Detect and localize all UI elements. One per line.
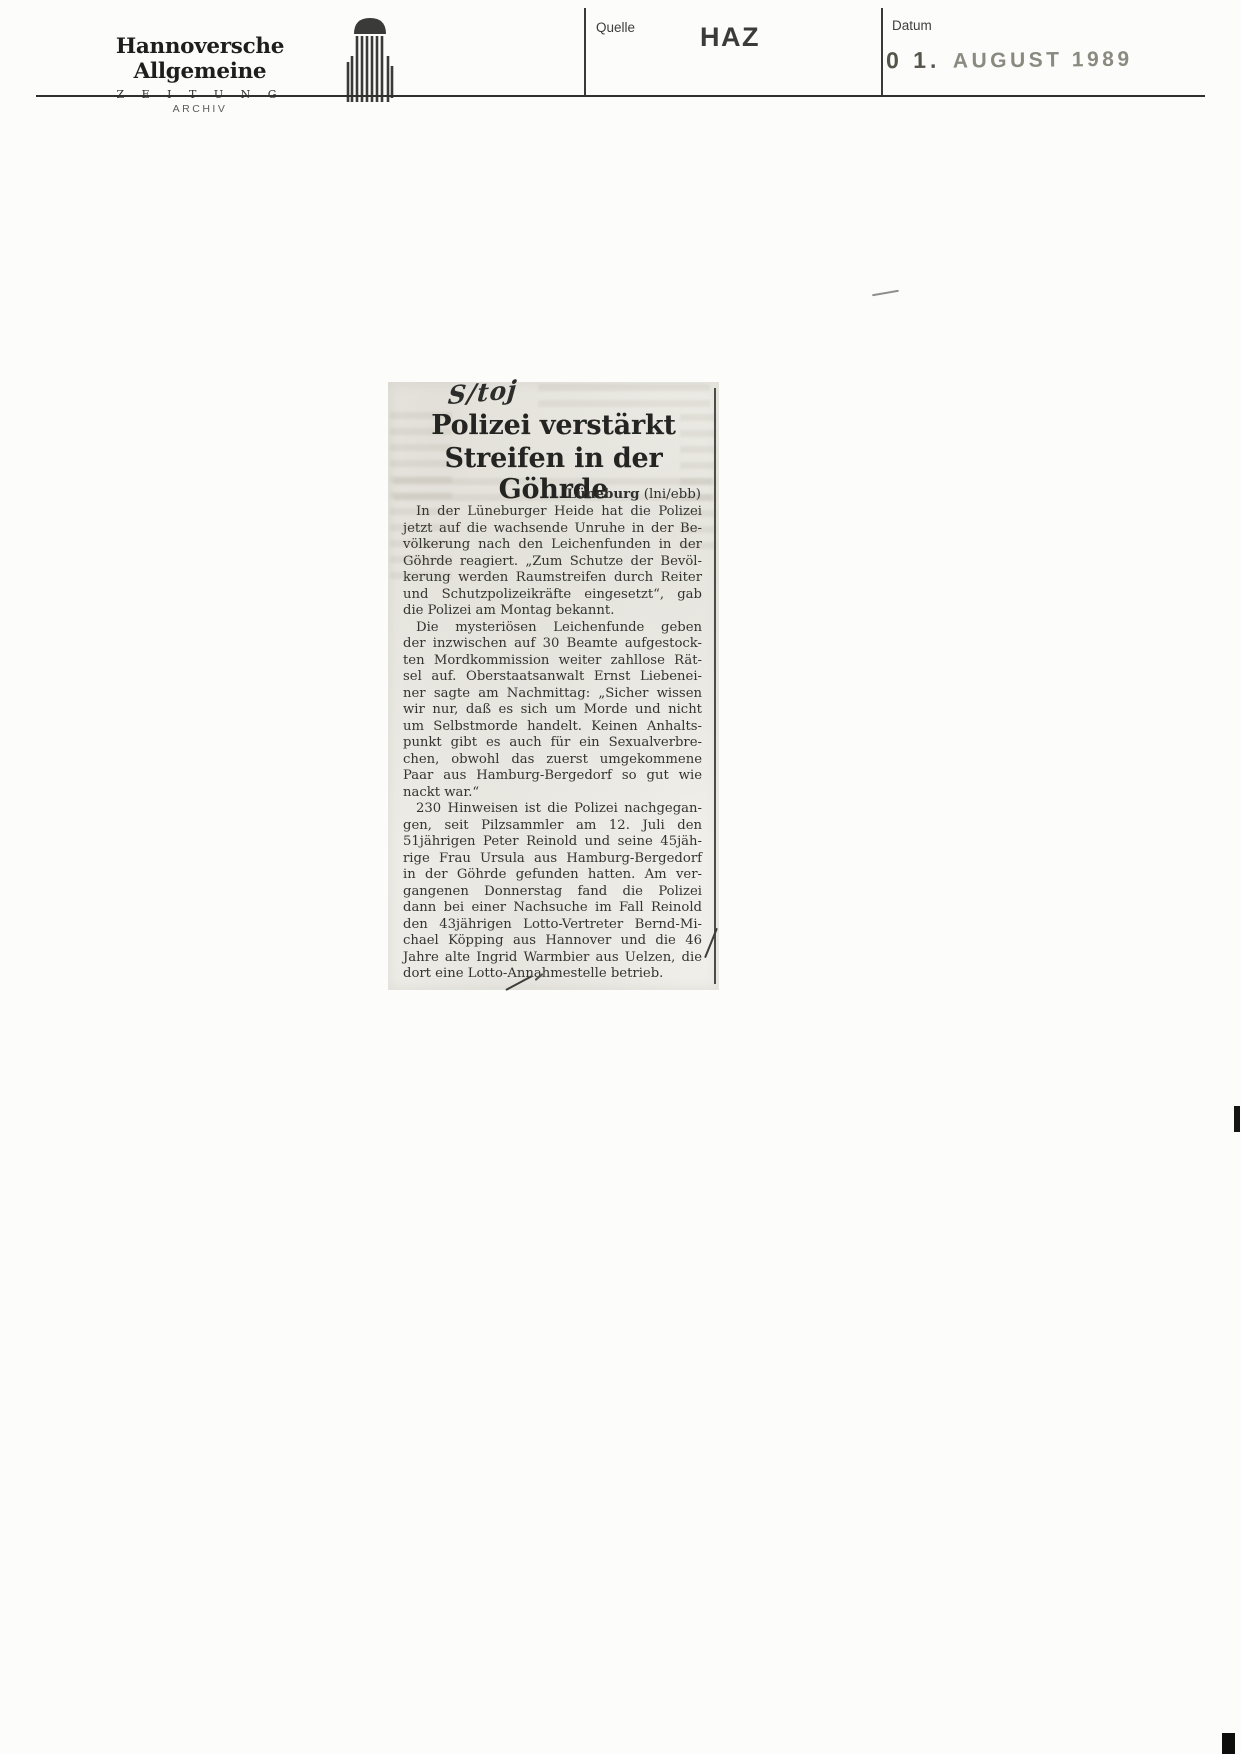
byline-credit: (lni/ebb) [640, 487, 701, 502]
newspaper-name: Hannoversche Allgemeine [58, 34, 342, 84]
article-line: gangenen Donnerstag fand die Polizei [403, 884, 702, 901]
article-line: Paar aus Hamburg-Bergedorf so gut wie [403, 768, 702, 785]
article-line: dort eine Lotto-Annahmestelle betrieb. [403, 966, 702, 983]
article-paragraph: Die mysteriösen Leichenfunde gebender in… [403, 620, 702, 802]
article-line: 230 Hinweisen ist die Polizei nachgegan- [403, 801, 702, 818]
article-line: Göhrde reagiert. „Zum Schutze der Bevöl- [403, 554, 702, 571]
article-line: kerung werden Raumstreifen durch Reiter [403, 570, 702, 587]
article-line: punkt gibt es auch für ein Sexualverbre- [403, 735, 702, 752]
article-line: wir nur, daß es sich um Morde und nicht [403, 702, 702, 719]
header-divider-left [584, 8, 586, 96]
archive-label: ARCHIV [58, 103, 342, 115]
dome-building-icon [344, 12, 396, 108]
article-line: um Selbstmorde handelt. Keinen Anhalts- [403, 719, 702, 736]
article-line: 51jährigen Peter Reinold und seine 45jäh… [403, 834, 702, 851]
article-line: nackt war.“ [403, 785, 702, 802]
article-line: In der Lüneburger Heide hat die Polizei [403, 504, 702, 521]
article-line: ner sagte am Nachmittag: „Sicher wissen [403, 686, 702, 703]
article-line: der inzwischen auf 30 Beamte aufgestock- [403, 636, 702, 653]
article-line: ten Mordkommission weiter zahllose Rät- [403, 653, 702, 670]
newspaper-masthead: Hannoversche Allgemeine Z E I T U N G AR… [58, 34, 342, 115]
article-line: Jahre alte Ingrid Warmbier aus Uelzen, d… [403, 950, 702, 967]
article-line: Die mysteriösen Leichenfunde geben [403, 620, 702, 637]
article-line: sel auf. Oberstaatsanwalt Ernst Liebenei… [403, 669, 702, 686]
source-value: HAZ [640, 22, 820, 53]
article-paragraph: In der Lüneburger Heide hat die Polizeij… [403, 504, 702, 620]
article-line: jetzt auf die wachsende Unruhe in der Be… [403, 521, 702, 538]
header-rule [36, 95, 1205, 97]
date-label: Datum [892, 18, 932, 33]
byline-location: Lüneburg [567, 486, 640, 502]
column-rule [714, 388, 716, 984]
archive-scan-page: Hannoversche Allgemeine Z E I T U N G AR… [0, 0, 1241, 1754]
article-line: in der Göhrde gefunden hatten. Am ver- [403, 867, 702, 884]
article-headline-line1: Polizei verstärkt [388, 410, 719, 441]
ink-bleed-texture [538, 384, 710, 408]
article-byline: Lüneburg (lni/ebb) [567, 486, 701, 502]
newspaper-clipping: S/toj Polizei verstärkt Streifen in der … [388, 382, 719, 990]
article-line: rige Frau Ursula aus Hamburg-Bergedorf [403, 851, 702, 868]
article-line: die Polizei am Montag bekannt. [403, 603, 702, 620]
article-body: In der Lüneburger Heide hat die Polizeij… [403, 504, 702, 983]
article-line: gen, seit Pilzsammler am 12. Juli den [403, 818, 702, 835]
article-line: und Schutzpolizeikräfte eingesetzt“, gab [403, 587, 702, 604]
date-stamp-day: 0 1. [886, 47, 941, 74]
header-divider-right [881, 8, 883, 96]
article-paragraph: 230 Hinweisen ist die Polizei nachgegan-… [403, 801, 702, 983]
date-stamp-month-year: AUGUST 1989 [953, 48, 1133, 73]
scan-edge-mark [1234, 1106, 1240, 1132]
article-line: den 43jährigen Lotto-Vertreter Bernd-Mi- [403, 917, 702, 934]
article-line: chen, obwohl das zuerst umgekommene [403, 752, 702, 769]
article-line: dann bei einer Nachsuche im Fall Reinold [403, 900, 702, 917]
article-line: völkerung nach den Leichenfunden in der [403, 537, 702, 554]
handwritten-note: S/toj [447, 375, 519, 410]
source-label: Quelle [596, 20, 635, 35]
scan-corner-mark [1222, 1733, 1235, 1754]
date-stamp: 0 1. AUGUST 1989 [886, 45, 1133, 75]
handwritten-dash-mark [872, 290, 899, 297]
article-line: chael Köpping aus Hannover und die 46 [403, 933, 702, 950]
